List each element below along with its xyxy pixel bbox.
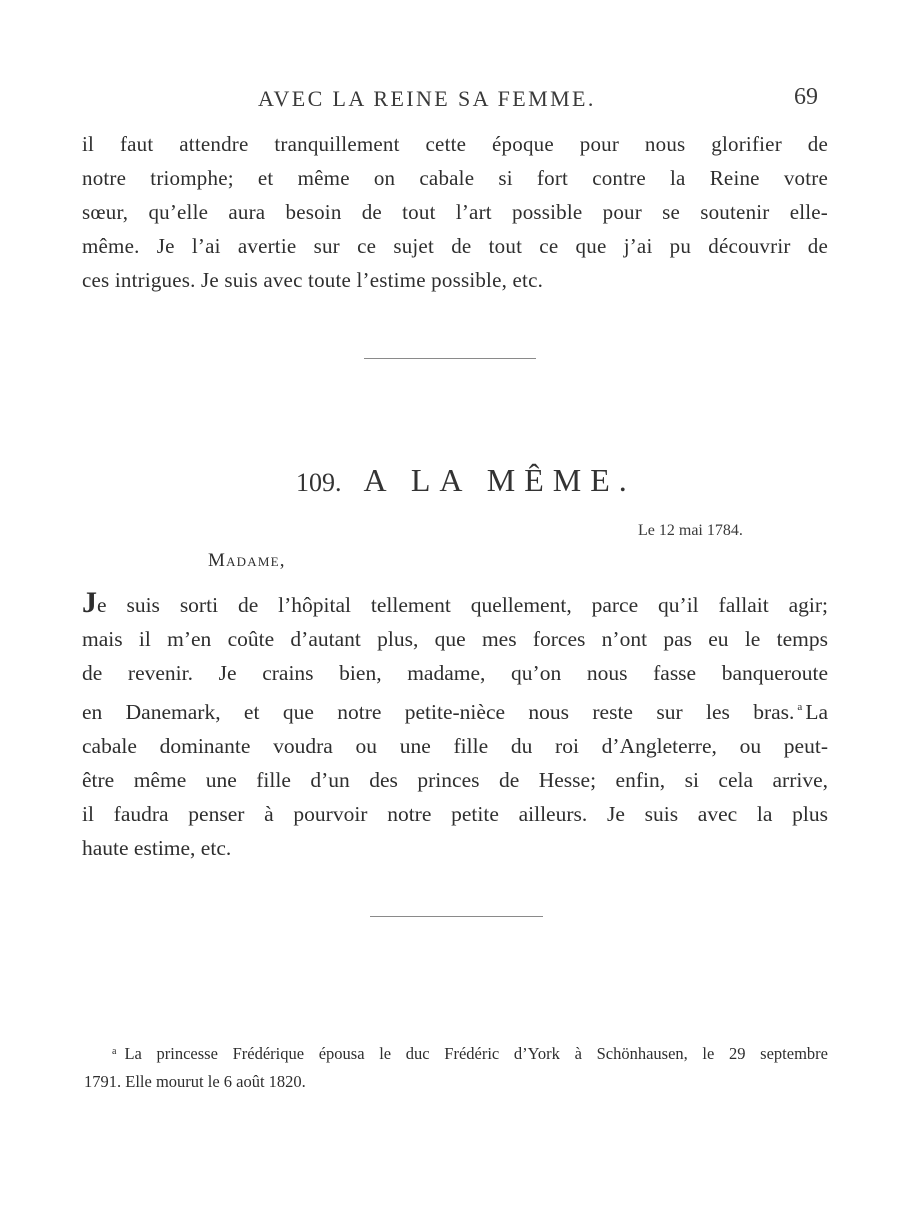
text-line: sœur, qu’elle aura besoin de tout l’art … xyxy=(82,195,828,229)
footnote-mark: a xyxy=(112,1046,116,1057)
section-divider xyxy=(370,916,543,917)
drop-cap: J xyxy=(82,586,97,619)
text-line: ces intrigues. Je suis avec toute l’esti… xyxy=(82,263,828,297)
page-number: 69 xyxy=(794,84,818,111)
text-line: en Danemark, et que notre petite-nièce n… xyxy=(82,690,828,729)
letter-date: Le 12 mai 1784. xyxy=(638,522,743,540)
text-line: Je suis sorti de l’hôpital tellement que… xyxy=(82,588,828,622)
text-line: notre triomphe; et même on cabale si for… xyxy=(82,161,828,195)
text-line: cabale dominante voudra ou une fille du … xyxy=(82,729,828,763)
text-line: il faut attendre tranquillement cette ép… xyxy=(82,127,828,161)
text-line: de revenir. Je crains bien, madame, qu’o… xyxy=(82,656,828,690)
section-divider xyxy=(364,358,536,359)
previous-letter-text: il faut attendre tranquillement cette ép… xyxy=(82,127,828,297)
letter-number: 109. xyxy=(296,468,342,497)
footnote-line: aLa princesse Frédérique épousa le duc F… xyxy=(84,1038,828,1068)
letter-title: A LA MÊME. xyxy=(364,462,636,498)
letter-heading: 109.A LA MÊME. xyxy=(296,462,636,499)
text-line: être même une fille d’un des princes de … xyxy=(82,763,828,797)
text-line: même. Je l’ai avertie sur ce sujet de to… xyxy=(82,229,828,263)
running-head: AVEC LA REINE SA FEMME. xyxy=(258,86,596,112)
letter-body: Je suis sorti de l’hôpital tellement que… xyxy=(82,588,828,865)
book-page: AVEC LA REINE SA FEMME. 69 il faut atten… xyxy=(0,0,900,1230)
footnote-line: 1791. Elle mourut le 6 août 1820. xyxy=(84,1068,828,1096)
salutation: Madame, xyxy=(208,550,286,572)
footnote-reference[interactable]: a xyxy=(797,701,802,713)
footnote: aLa princesse Frédérique épousa le duc F… xyxy=(84,1038,828,1096)
text-line: haute estime, etc. xyxy=(82,831,828,865)
text-line: il faudra penser à pourvoir notre petite… xyxy=(82,797,828,831)
text-line: mais il m’en coûte d’autant plus, que me… xyxy=(82,622,828,656)
